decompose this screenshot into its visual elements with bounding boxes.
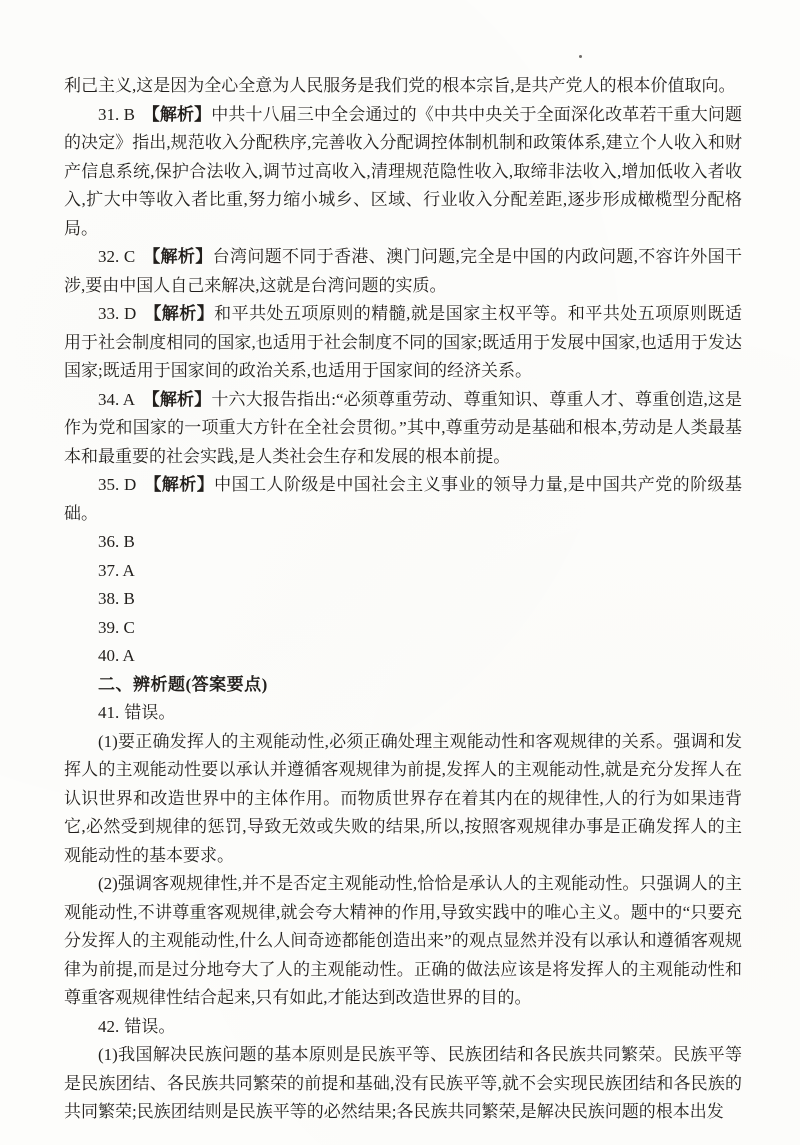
answer-number: 34. A [98, 390, 135, 409]
answer-item-40: 40. A [64, 642, 742, 671]
answer-key-content: 利己主义,这是因为全心全意为人民服务是我们党的根本宗旨,是共产党人的根本价值取向… [64, 72, 742, 1127]
answer-item-37: 37. A [64, 557, 742, 586]
answer-item-35: 35. D【解析】中国工人阶级是中国社会主义事业的领导力量,是中国共产党的阶级基… [64, 471, 742, 528]
answer-item-38: 38. B [64, 585, 742, 614]
analysis-label: 【解析】 [143, 105, 212, 124]
section-heading: 二、辨析题(答案要点) [64, 671, 742, 700]
answer-item-33: 33. D【解析】和平共处五项原则的精髓,就是国家主权平等。和平共处五项原则既适… [64, 300, 742, 386]
paragraph-continuation: 利己主义,这是因为全心全意为人民服务是我们党的根本宗旨,是共产党人的根本价值取向… [64, 72, 742, 101]
answer-number: 33. D [98, 304, 136, 323]
item-41-point-1: (1)要正确发挥人的主观能动性,必须正确处理主观能动性和客观规律的关系。强调和发… [64, 728, 742, 871]
analysis-label: 【解析】 [144, 475, 214, 494]
item-number: 42. [98, 1017, 119, 1036]
answer-item-31: 31. B【解析】中共十八届三中全会通过的《中共中央关于全面深化改革若干重大问题… [64, 101, 742, 244]
analysis-text: 中共十八届三中全会通过的《中共中央关于全面深化改革若干重大问题的决定》指出,规范… [64, 105, 742, 238]
analysis-label: 【解析】 [143, 247, 213, 266]
item-verdict: 错误。 [124, 703, 175, 722]
analysis-label: 【解析】 [144, 304, 214, 323]
item-number: 41. [98, 703, 119, 722]
item-41-verdict: 41.错误。 [64, 699, 742, 728]
scanned-answer-key-page: 利己主义,这是因为全心全意为人民服务是我们党的根本宗旨,是共产党人的根本价值取向… [0, 0, 800, 1145]
item-verdict: 错误。 [124, 1017, 175, 1036]
item-42-point-1: (1)我国解决民族问题的基本原则是民族平等、民族团结和各民族共同繁荣。民族平等是… [64, 1041, 742, 1127]
answer-item-39: 39. C [64, 614, 742, 643]
item-41-point-2: (2)强调客观规律性,并不是否定主观能动性,恰恰是承认人的主观能动性。只强调人的… [64, 870, 742, 1013]
item-42-verdict: 42.错误。 [64, 1013, 742, 1042]
answer-number: 31. B [98, 105, 135, 124]
scan-speck [579, 55, 582, 58]
answer-item-34: 34. A【解析】十六大报告指出:“必须尊重劳动、尊重知识、尊重人才、尊重创造,… [64, 386, 742, 472]
answer-number: 35. D [98, 475, 136, 494]
answer-item-32: 32. C【解析】台湾问题不同于香港、澳门问题,完全是中国的内政问题,不容许外国… [64, 243, 742, 300]
answer-number: 32. C [98, 247, 135, 266]
analysis-label: 【解析】 [143, 390, 212, 409]
answer-item-36: 36. B [64, 528, 742, 557]
